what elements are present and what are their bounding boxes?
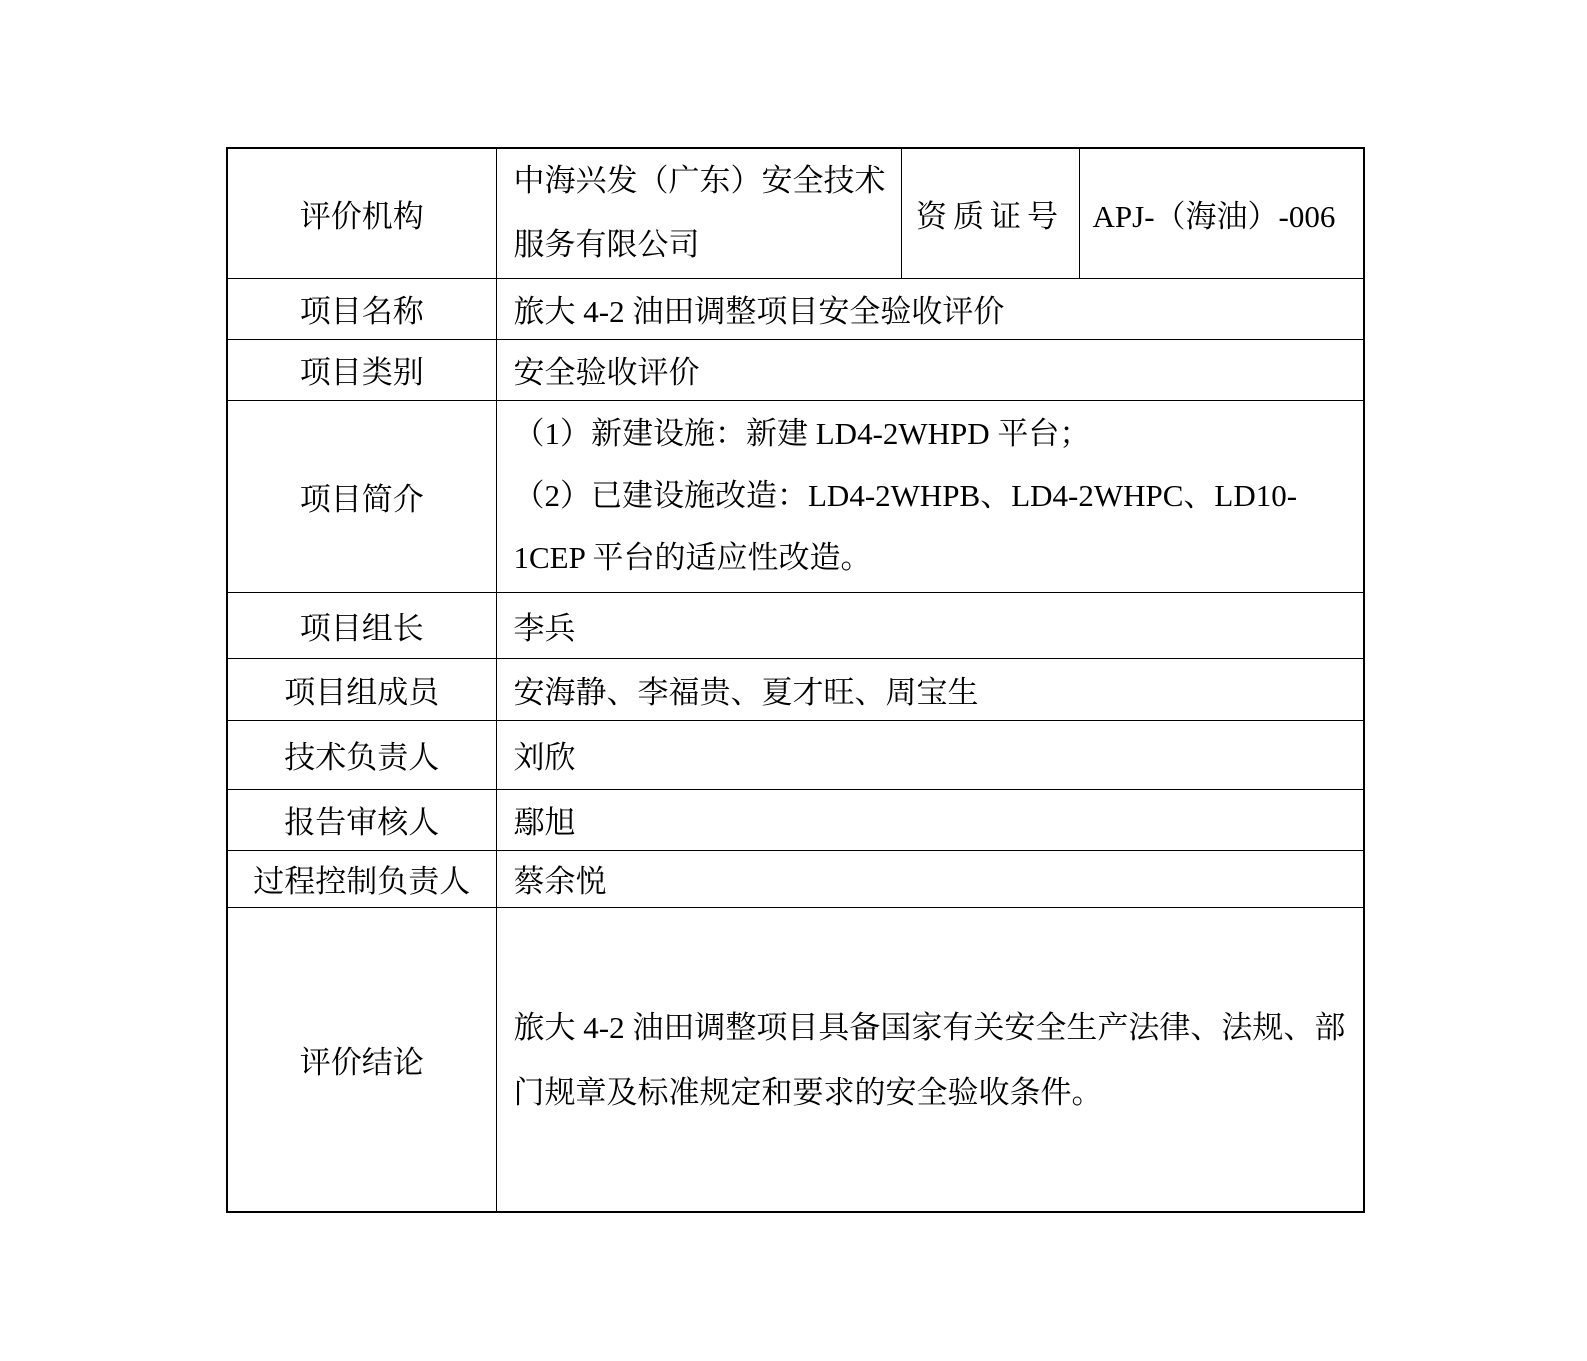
conclusion-value: 旅大 4-2 油田调整项目具备国家有关安全生产法律、法规、部门规章及标准规定和要… xyxy=(496,907,1364,1212)
project-leader-value: 李兵 xyxy=(496,592,1364,658)
report-reviewer-value: 鄢旭 xyxy=(496,789,1364,850)
table-row: 过程控制负责人 蔡余悦 xyxy=(227,850,1364,907)
process-control-lead-value: 蔡余悦 xyxy=(496,850,1364,907)
process-control-lead-label: 过程控制负责人 xyxy=(227,850,496,907)
table-row: 技术负责人 刘欣 xyxy=(227,720,1364,789)
table-row: 评价机构 中海兴发（广东）安全技术服务有限公司 资质证号 APJ-（海油）-00… xyxy=(227,148,1364,278)
table-row: 项目组成员 安海静、李福贵、夏才旺、周宝生 xyxy=(227,658,1364,720)
agency-label: 评价机构 xyxy=(227,148,496,278)
project-intro-label: 项目简介 xyxy=(227,400,496,592)
table-row: 项目组长 李兵 xyxy=(227,592,1364,658)
cert-number-label: 资质证号 xyxy=(901,148,1079,278)
project-category-label: 项目类别 xyxy=(227,339,496,400)
table-row: 项目简介 （1）新建设施：新建 LD4-2WHPD 平台； （2）已建设施改造：… xyxy=(227,400,1364,592)
project-name-label: 项目名称 xyxy=(227,278,496,339)
project-intro-value: （1）新建设施：新建 LD4-2WHPD 平台； （2）已建设施改造：LD4-2… xyxy=(496,400,1364,592)
report-reviewer-label: 报告审核人 xyxy=(227,789,496,850)
table-row: 项目类别 安全验收评价 xyxy=(227,339,1364,400)
project-intro-line2: （2）已建设施改造：LD4-2WHPB、LD4-2WHPC、LD10-1CEP … xyxy=(514,465,1356,589)
agency-value: 中海兴发（广东）安全技术服务有限公司 xyxy=(496,148,901,278)
project-members-value: 安海静、李福贵、夏才旺、周宝生 xyxy=(496,658,1364,720)
project-intro-line1: （1）新建设施：新建 LD4-2WHPD 平台； xyxy=(514,403,1356,465)
project-name-value: 旅大 4-2 油田调整项目安全验收评价 xyxy=(496,278,1364,339)
project-members-label: 项目组成员 xyxy=(227,658,496,720)
table-row: 报告审核人 鄢旭 xyxy=(227,789,1364,850)
cert-number-value: APJ-（海油）-006 xyxy=(1079,148,1364,278)
table-row: 评价结论 旅大 4-2 油田调整项目具备国家有关安全生产法律、法规、部门规章及标… xyxy=(227,907,1364,1212)
table-row: 项目名称 旅大 4-2 油田调整项目安全验收评价 xyxy=(227,278,1364,339)
project-leader-label: 项目组长 xyxy=(227,592,496,658)
conclusion-label: 评价结论 xyxy=(227,907,496,1212)
technical-lead-label: 技术负责人 xyxy=(227,720,496,789)
technical-lead-value: 刘欣 xyxy=(496,720,1364,789)
project-category-value: 安全验收评价 xyxy=(496,339,1364,400)
evaluation-info-table: 评价机构 中海兴发（广东）安全技术服务有限公司 资质证号 APJ-（海油）-00… xyxy=(226,147,1365,1213)
document-page: 评价机构 中海兴发（广东）安全技术服务有限公司 资质证号 APJ-（海油）-00… xyxy=(0,0,1587,1361)
